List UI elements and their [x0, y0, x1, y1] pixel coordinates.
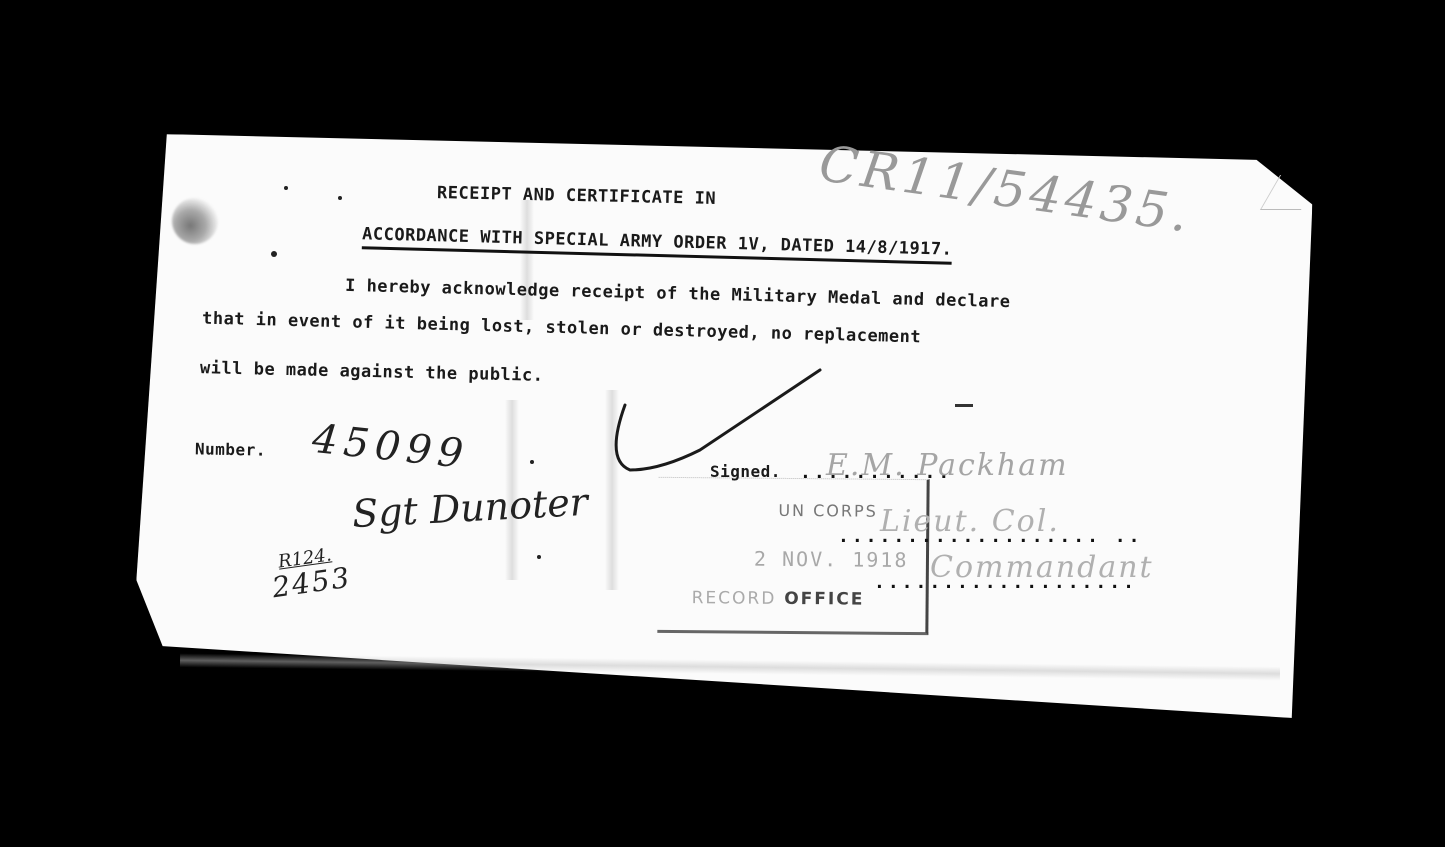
ink-speck [530, 460, 534, 464]
signature-title-handwritten: Commandant [930, 550, 1154, 585]
stamp-corps-text: UN CORPS [778, 501, 878, 521]
stamp-record-word: RECORD [692, 588, 777, 609]
pen-dash-mark [955, 404, 973, 407]
ink-speck [271, 251, 277, 257]
stamp-office-text: RECORD OFFICE [692, 588, 865, 610]
signature-rank-handwritten: Lieut. Col. [880, 504, 1060, 539]
stamp-date: 2 NOV. 1918 [754, 547, 909, 572]
bleed-through-column [520, 200, 534, 320]
ink-speck [537, 555, 541, 559]
signed-label: Signed. [710, 462, 781, 481]
ink-smudge [172, 198, 218, 244]
ink-speck [284, 186, 288, 190]
ink-speck [338, 196, 342, 200]
signature-name-handwritten: E.M. Packham [826, 448, 1069, 483]
number-label: Number. [195, 439, 266, 459]
record-office-stamp: UN CORPS 2 NOV. 1918 RECORD OFFICE [657, 477, 929, 635]
document-viewer: CR11/54435. RECEIPT AND CERTIFICATE IN A… [0, 0, 1445, 847]
stamp-office-word: OFFICE [784, 589, 864, 610]
